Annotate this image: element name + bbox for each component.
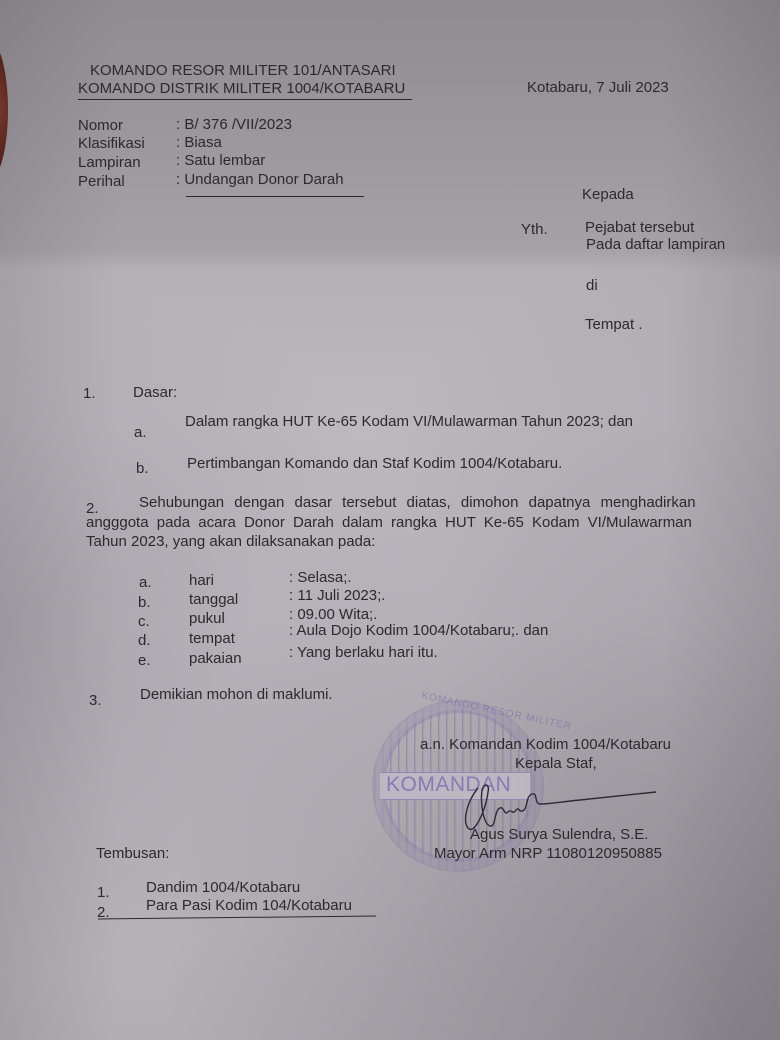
klasifikasi-label: Klasifikasi <box>78 135 145 152</box>
recipient-line-2: Pada daftar lampiran <box>586 236 725 253</box>
on-behalf-line: a.n. Komandan Kodim 1004/Kotabaru <box>420 736 671 753</box>
position-line: Kepala Staf, <box>515 755 597 772</box>
tembusan-underline <box>98 916 376 920</box>
detail-value: : Selasa;. <box>289 569 352 586</box>
detail-label: tanggal <box>189 591 238 608</box>
detail-label: pakaian <box>189 650 242 667</box>
recipient-di: di <box>586 277 598 294</box>
p1-item-b-text: Pertimbangan Komando dan Staf Kodim 1004… <box>187 455 562 472</box>
letterhead-line-1: KOMANDO RESOR MILITER 101/ANTASARI <box>90 62 396 79</box>
detail-label: pukul <box>189 610 225 627</box>
detail-letter: b. <box>138 594 151 611</box>
nomor-label: Nomor <box>78 117 123 134</box>
detail-value: : 09.00 Wita;. <box>289 606 377 623</box>
p1-title: Dasar: <box>133 384 177 401</box>
lampiran-value: : Satu lembar <box>176 152 265 169</box>
nomor-value: : B/ 376 /VII/2023 <box>176 116 292 133</box>
finger-edge <box>0 40 8 180</box>
detail-label: hari <box>189 572 214 589</box>
p1-item-a-letter: a. <box>134 424 147 441</box>
signatory-name: Agus Surya Sulendra, S.E. <box>470 826 648 843</box>
kepada: Kepada <box>582 186 634 203</box>
klasifikasi-value: : Biasa <box>176 134 222 151</box>
p1-item-a-text: Dalam rangka HUT Ke-65 Kodam VI/Mulawarm… <box>185 413 633 430</box>
p2-line-3: Tahun 2023, yang akan dilaksanakan pada: <box>86 533 375 550</box>
p3-text: Demikian mohon di maklumi. <box>140 686 333 703</box>
recipient-line-1: Pejabat tersebut <box>585 219 694 236</box>
tembusan-item-number: 1. <box>97 884 110 901</box>
tembusan-item-text: Dandim 1004/Kotabaru <box>146 879 300 896</box>
detail-label: tempat <box>189 630 235 647</box>
detail-value: : Aula Dojo Kodim 1004/Kotabaru;. dan <box>289 622 548 639</box>
p1-number: 1. <box>83 385 96 402</box>
lampiran-label: Lampiran <box>78 154 141 171</box>
perihal-label: Perihal <box>78 173 125 190</box>
detail-letter: a. <box>139 574 152 591</box>
detail-value: : 11 Juli 2023;. <box>289 587 385 604</box>
letterhead-underline <box>78 99 412 100</box>
place-date: Kotabaru, 7 Juli 2023 <box>527 79 669 96</box>
yth: Yth. <box>521 221 548 238</box>
p1-item-b-letter: b. <box>136 460 149 477</box>
detail-letter: c. <box>138 613 150 630</box>
letterhead-line-2: KOMANDO DISTRIK MILITER 1004/KOTABARU <box>78 80 405 97</box>
detail-letter: d. <box>138 632 151 649</box>
detail-value: : Yang berlaku hari itu. <box>289 644 438 661</box>
recipient-tempat: Tempat . <box>585 316 643 333</box>
perihal-value: : Undangan Donor Darah <box>176 171 344 188</box>
tembusan-title: Tembusan: <box>96 845 169 862</box>
detail-letter: e. <box>138 652 151 669</box>
signatory-rank-nrp: Mayor Arm NRP 11080120950885 <box>434 845 662 862</box>
p3-number: 3. <box>89 692 102 709</box>
tembusan-item-text: Para Pasi Kodim 104/Kotabaru <box>146 897 352 914</box>
p2-line-2: angggota pada acara Donor Darah dalam ra… <box>86 514 692 531</box>
perihal-underline <box>186 196 364 197</box>
p2-line-1: Sehubungan dengan dasar tersebut diatas,… <box>139 494 696 511</box>
